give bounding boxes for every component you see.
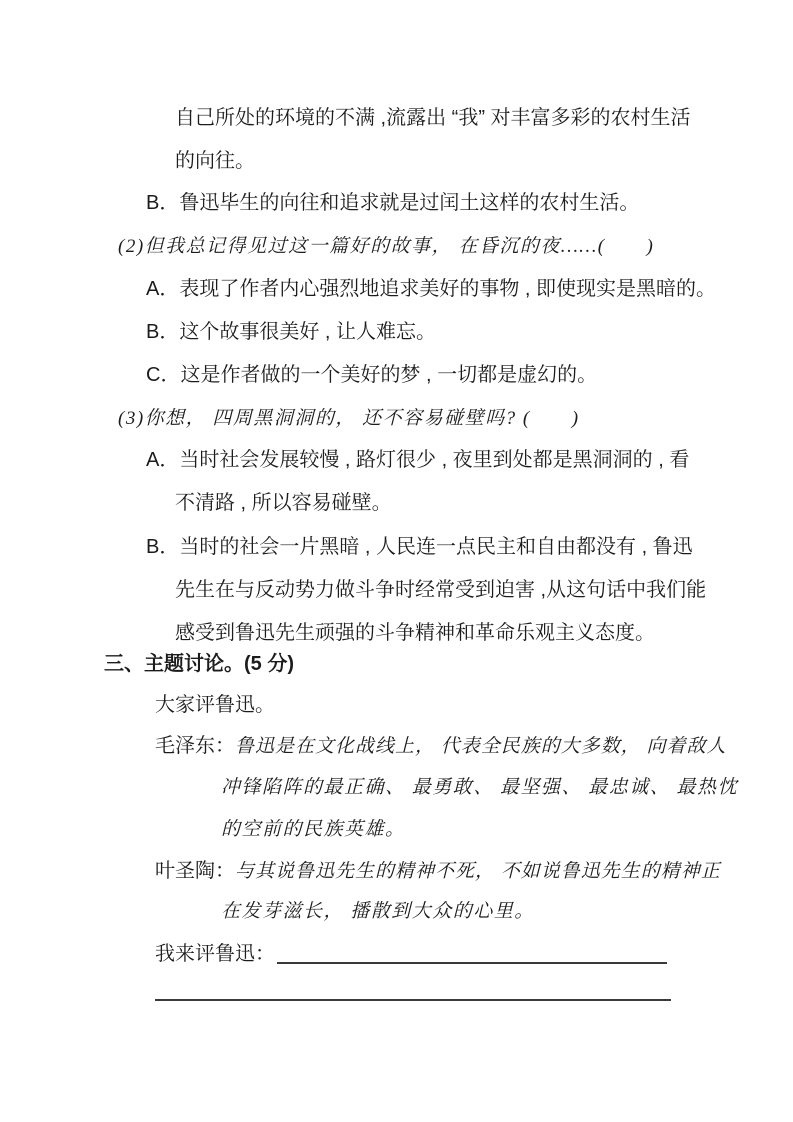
- question2-option-b: B．这个故事很美好 , 让人难忘。: [146, 319, 436, 345]
- answer-blank-line-2: [155, 999, 671, 1001]
- question1-option-b: B．鲁迅毕生的向往和追求就是过闰土这样的农村生活。: [146, 190, 639, 216]
- option-b1-continuation-line1: 自己所处的环境的不满 ,流露出 “我” 对丰富多彩的农村生活: [175, 105, 691, 131]
- question3-option-a-line2: 不清路 , 所以容易碰壁。: [175, 490, 392, 516]
- question-3-stem: (3)你想， 四周黑洞洞的， 还不容易碰壁吗? ( ): [118, 406, 580, 432]
- question2-option-a: A．表现了作者内心强烈地追求美好的事物 , 即使现实是黑暗的。: [146, 276, 716, 302]
- question3-option-b-line2: 先生在与反动势力做斗争时经常受到迫害 ,从这句话中我们能: [175, 577, 706, 603]
- ye-shengtao-quote-line2: 在发芽滋长， 播散到大众的心里。: [221, 899, 535, 925]
- mao-quote-text: 鲁迅是在文化战线上， 代表全民族的大多数， 向着敌人: [235, 736, 727, 757]
- speaker-name-ye: 叶圣陶：: [155, 860, 235, 882]
- section-3-heading: 三、主题讨论。(5 分): [104, 651, 294, 677]
- question3-option-a-line1: A．当时社会发展较慢 , 路灯很少 , 夜里到处都是黑洞洞的 , 看: [146, 447, 689, 473]
- mao-zedong-quote-line1: 毛泽东：鲁迅是在文化战线上， 代表全民族的大多数， 向着敌人: [155, 733, 727, 760]
- question3-option-b-line1: B．当时的社会一片黑暗 , 人民连一点民主和自由都没有 , 鲁迅: [146, 534, 693, 560]
- ye-quote-text: 与其说鲁迅先生的精神不死， 不如说鲁迅先生的精神正: [235, 861, 721, 882]
- question3-option-b-line3: 感受到鲁迅先生顽强的斗争精神和革命乐观主义态度。: [175, 620, 655, 646]
- speaker-name-mao: 毛泽东：: [155, 735, 235, 757]
- mao-zedong-quote-line3: 的空前的民族英雄。: [221, 817, 406, 843]
- worksheet-page: 自己所处的环境的不满 ,流露出 “我” 对丰富多彩的农村生活 的向往。 B．鲁迅…: [0, 0, 793, 1122]
- answer-blank-line-1: [277, 961, 667, 964]
- mao-zedong-quote-line2: 冲锋陷阵的最正确、 最勇敢、 最坚强、 最忠诚、 最热忱: [221, 775, 738, 801]
- my-evaluation-label: 我来评鲁迅：: [155, 943, 275, 965]
- option-b1-continuation-line2: 的向往。: [175, 148, 255, 174]
- discussion-subtitle: 大家评鲁迅。: [155, 692, 275, 718]
- my-evaluation-prompt: 我来评鲁迅：: [155, 941, 667, 967]
- ye-shengtao-quote-line1: 叶圣陶：与其说鲁迅先生的精神不死， 不如说鲁迅先生的精神正: [155, 858, 721, 885]
- question2-option-c: C．这是作者做的一个美好的梦 , 一切都是虚幻的。: [146, 362, 597, 388]
- question-2-stem: (2)但我总记得见过这一篇好的故事， 在昏沉的夜……( ): [118, 234, 654, 260]
